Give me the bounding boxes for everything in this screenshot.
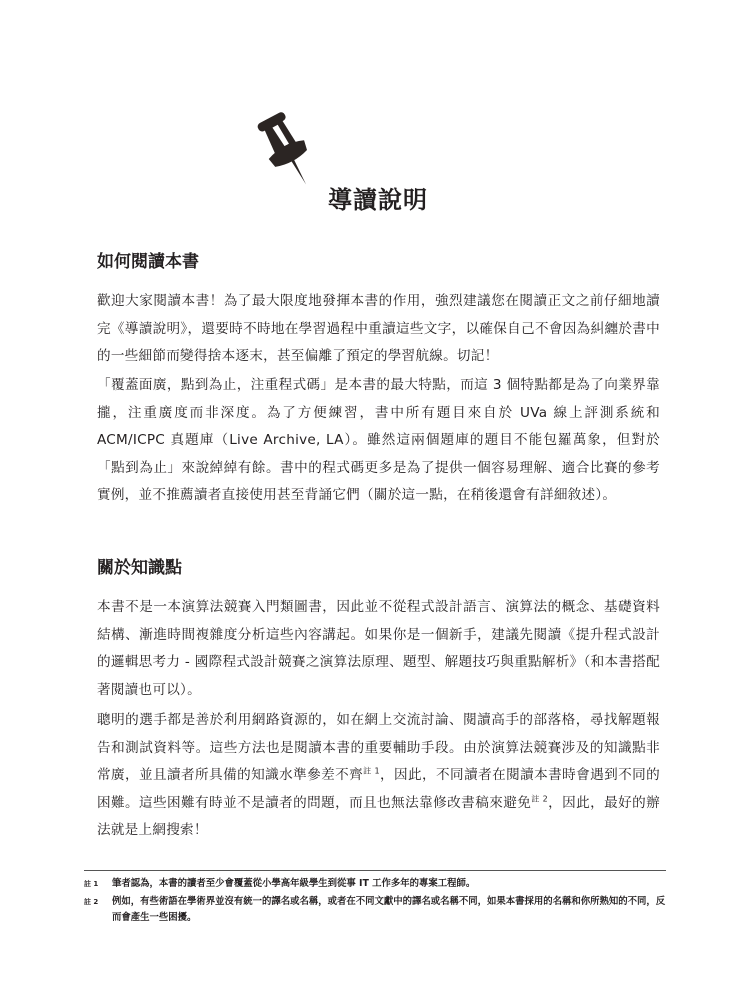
section-heading-how-to-read: 如何閱讀本書 [97,247,199,272]
paragraph: 本書不是一本演算法競賽入門類圖書，因此並不從程式設計語言、演算法的概念、基礎資料… [97,594,660,704]
paragraph-with-footnote-refs: 聰明的選手都是善於利用網路資源的，如在網上交流討論、閱讀高手的部落格，尋找解題報… [97,707,660,845]
pushpin-icon [255,110,325,190]
chapter-title: 導讀說明 [328,180,428,215]
footnote-2: 註 2 例如，有些術語在學術界並沒有統一的譯名或名稱，或者在不同文獻中的譯名或名… [84,894,674,926]
paragraph: 「覆蓋面廣，點到為止，注重程式碼」是本書的最大特點，而這 3 個特點都是為了向業… [97,372,660,510]
footnote-mark: 註 1 [84,876,98,892]
footnote-text: 例如，有些術語在學術界並沒有統一的譯名或名稱，或者在不同文獻中的譯名或名稱不同，… [112,894,674,926]
section-heading-knowledge-points: 關於知識點 [97,553,182,578]
paragraph: 歡迎大家閱讀本書！為了最大限度地發揮本書的作用，強烈建議您在閱讀正文之前仔細地讀… [97,288,660,371]
footnote-divider [84,870,666,871]
footnote-text: 筆者認為，本書的讀者至少會覆蓋從小學高年級學生到從事 IT 工作多年的專案工程師… [112,876,674,892]
footnote-ref-2[interactable]: 註 2 [531,794,548,803]
footnote-mark: 註 2 [84,894,98,910]
footnote-1: 註 1 筆者認為，本書的讀者至少會覆蓋從小學高年級學生到從事 IT 工作多年的專… [84,876,674,892]
footnote-ref-1[interactable]: 註 1 [363,767,380,776]
